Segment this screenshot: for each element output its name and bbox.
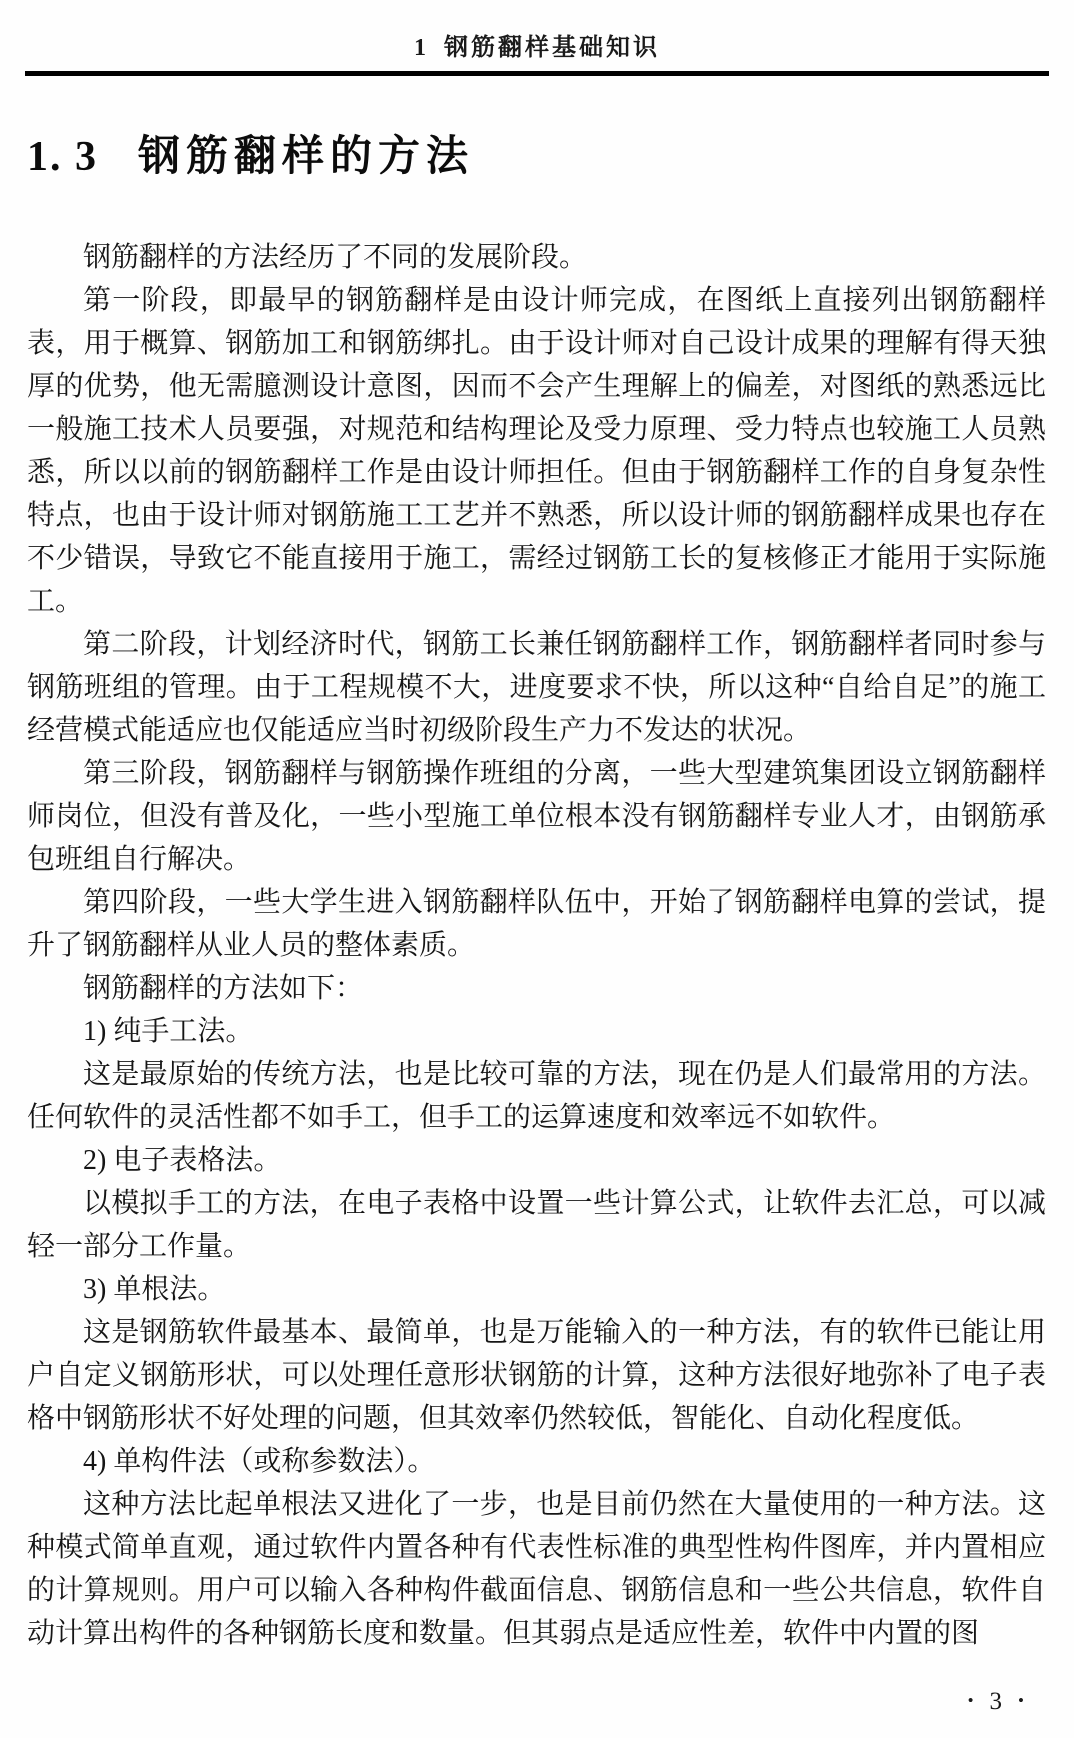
list-item-method-4: 4) 单构件法（或称参数法）。 [27,1440,1046,1483]
section-number: 1. 3 [27,134,98,180]
list-item-method-2: 2) 电子表格法。 [27,1139,1046,1182]
list-item-method-1: 1) 纯手工法。 [27,1010,1046,1053]
paragraph-stage-3: 第三阶段，钢筋翻样与钢筋操作班组的分离，一些大型建筑集团设立钢筋翻样师岗位，但没… [27,752,1046,881]
page-number-value: 3 [990,1688,1003,1715]
paragraph-method-1-desc: 这是最原始的传统方法，也是比较可靠的方法，现在仍是人们最常用的方法。任何软件的灵… [27,1053,1046,1139]
page-number: •3• [968,1688,1024,1716]
paragraph-stage-1: 第一阶段，即最早的钢筋翻样是由设计师完成，在图纸上直接列出钢筋翻样表，用于概算、… [27,279,1046,623]
chapter-number: 1 [414,35,426,61]
list-item-method-3: 3) 单根法。 [27,1268,1046,1311]
paragraph-methods-lead: 钢筋翻样的方法如下： [27,967,1046,1010]
paragraph-method-4-desc: 这种方法比起单根法又进化了一步，也是目前仍然在大量使用的一种方法。这种模式简单直… [27,1483,1046,1655]
body-text: 钢筋翻样的方法经历了不同的发展阶段。 第一阶段，即最早的钢筋翻样是由设计师完成，… [27,236,1046,1655]
section-heading: 1. 3钢筋翻样的方法 [27,131,1049,182]
book-page: 1钢筋翻样基础知识 1. 3钢筋翻样的方法 钢筋翻样的方法经历了不同的发展阶段。… [0,0,1074,1738]
running-header: 1钢筋翻样基础知识 [0,0,1074,62]
paragraph-stage-2: 第二阶段，计划经济时代，钢筋工长兼任钢筋翻样工作，钢筋翻样者同时参与钢筋班组的管… [27,623,1046,752]
paragraph-method-3-desc: 这是钢筋软件最基本、最简单，也是万能输入的一种方法，有的软件已能让用户自定义钢筋… [27,1311,1046,1440]
paragraph-intro: 钢筋翻样的方法经历了不同的发展阶段。 [27,236,1046,279]
section-title: 钢筋翻样的方法 [138,132,474,179]
paragraph-method-2-desc: 以模拟手工的方法，在电子表格中设置一些计算公式，让软件去汇总，可以减轻一部分工作… [27,1182,1046,1268]
page-number-left-dot: • [968,1691,974,1710]
chapter-title: 钢筋翻样基础知识 [444,35,660,61]
page-number-right-dot: • [1018,1691,1024,1710]
header-rule [25,71,1049,76]
paragraph-stage-4: 第四阶段，一些大学生进入钢筋翻样队伍中，开始了钢筋翻样电算的尝试，提升了钢筋翻样… [27,881,1046,967]
